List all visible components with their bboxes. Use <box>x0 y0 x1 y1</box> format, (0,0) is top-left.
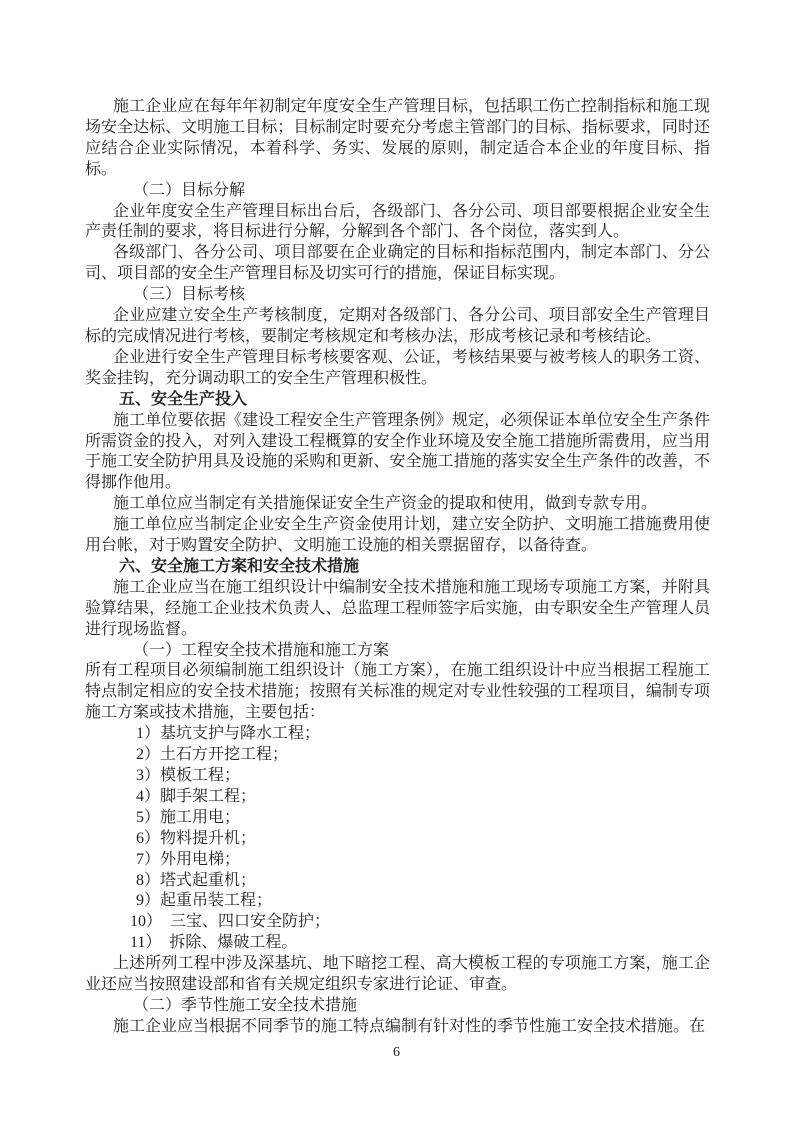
subheading-engineering-measures: （一）工程安全技术措施和施工方案 <box>85 641 710 662</box>
paragraph-investment-2: 施工单位应当制定有关措施保证安全生产资金的提取和使用，做到专款专用。 <box>85 494 710 515</box>
list-item-10: 10） 三宝、四口安全防护； <box>85 912 710 933</box>
paragraph-goal-decomposition-2: 各级部门、各分公司、项目部要在企业确定的目标和指标范围内，制定本部门、分公司、项… <box>85 243 710 285</box>
document-body: 施工企业应在每年年初制定年度安全生产管理目标，包括职工伤亡控制指标和施工现场安全… <box>85 97 710 1038</box>
list-item-4: 4）脚手架工程； <box>85 787 710 808</box>
paragraph-all-projects: 所有工程项目必须编制施工组织设计（施工方案），在施工组织设计中应当根据工程施工特… <box>85 661 710 724</box>
subheading-goal-assessment: （三）目标考核 <box>85 285 710 306</box>
subheading-goal-decomposition: （二）目标分解 <box>85 181 710 202</box>
list-item-11: 11） 拆除、爆破工程。 <box>85 933 710 954</box>
document-page: 施工企业应在每年年初制定年度安全生产管理目标，包括职工伤亡控制指标和施工现场安全… <box>0 0 793 1122</box>
paragraph-plans-intro: 施工企业应当在施工组织设计中编制安全技术措施和施工现场专项施工方案，并附具验算结… <box>85 578 710 641</box>
paragraph-goal-assessment-2: 企业进行安全生产管理目标考核要客观、公证，考核结果要与被考核人的职务工资、奖金挂… <box>85 348 710 390</box>
page-number: 6 <box>0 1045 793 1061</box>
paragraph-seasonal-intro: 施工企业应当根据不同季节的施工特点编制有针对性的季节性施工安全技术措施。在 <box>85 1017 710 1038</box>
list-item-8: 8）塔式起重机； <box>85 871 710 892</box>
subheading-seasonal-measures: （二）季节性施工安全技术措施 <box>85 996 710 1017</box>
paragraph-expert-review: 上述所列工程中涉及深基坑、地下暗挖工程、高大模板工程的专项施工方案，施工企业还应… <box>85 954 710 996</box>
list-item-6: 6）物料提升机； <box>85 829 710 850</box>
section-heading-6-construction-plans: 六、安全施工方案和安全技术措施 <box>85 557 710 578</box>
list-item-5: 5）施工用电； <box>85 808 710 829</box>
section-heading-5-safety-investment: 五、安全生产投入 <box>85 390 710 411</box>
paragraph-investment-1: 施工单位要依据《建设工程安全生产管理条例》规定，必须保证本单位安全生产条件所需资… <box>85 411 710 495</box>
paragraph-goal-assessment-1: 企业应建立安全生产考核制度，定期对各级部门、各分公司、项目部安全生产管理目标的完… <box>85 306 710 348</box>
paragraph-goal-decomposition-1: 企业年度安全生产管理目标出台后，各级部门、各分公司、项目部要根据企业安全生产责任… <box>85 202 710 244</box>
list-item-2: 2）土石方开挖工程； <box>85 745 710 766</box>
list-item-3: 3）模板工程； <box>85 766 710 787</box>
list-item-7: 7）外用电梯； <box>85 850 710 871</box>
list-item-1: 1）基坑支护与降水工程； <box>85 724 710 745</box>
paragraph-investment-3: 施工单位应当制定企业安全生产资金使用计划，建立安全防护、文明施工措施费用使用台帐… <box>85 515 710 557</box>
list-item-9: 9）起重吊装工程； <box>85 891 710 912</box>
paragraph-annual-goals: 施工企业应在每年年初制定年度安全生产管理目标，包括职工伤亡控制指标和施工现场安全… <box>85 97 710 181</box>
